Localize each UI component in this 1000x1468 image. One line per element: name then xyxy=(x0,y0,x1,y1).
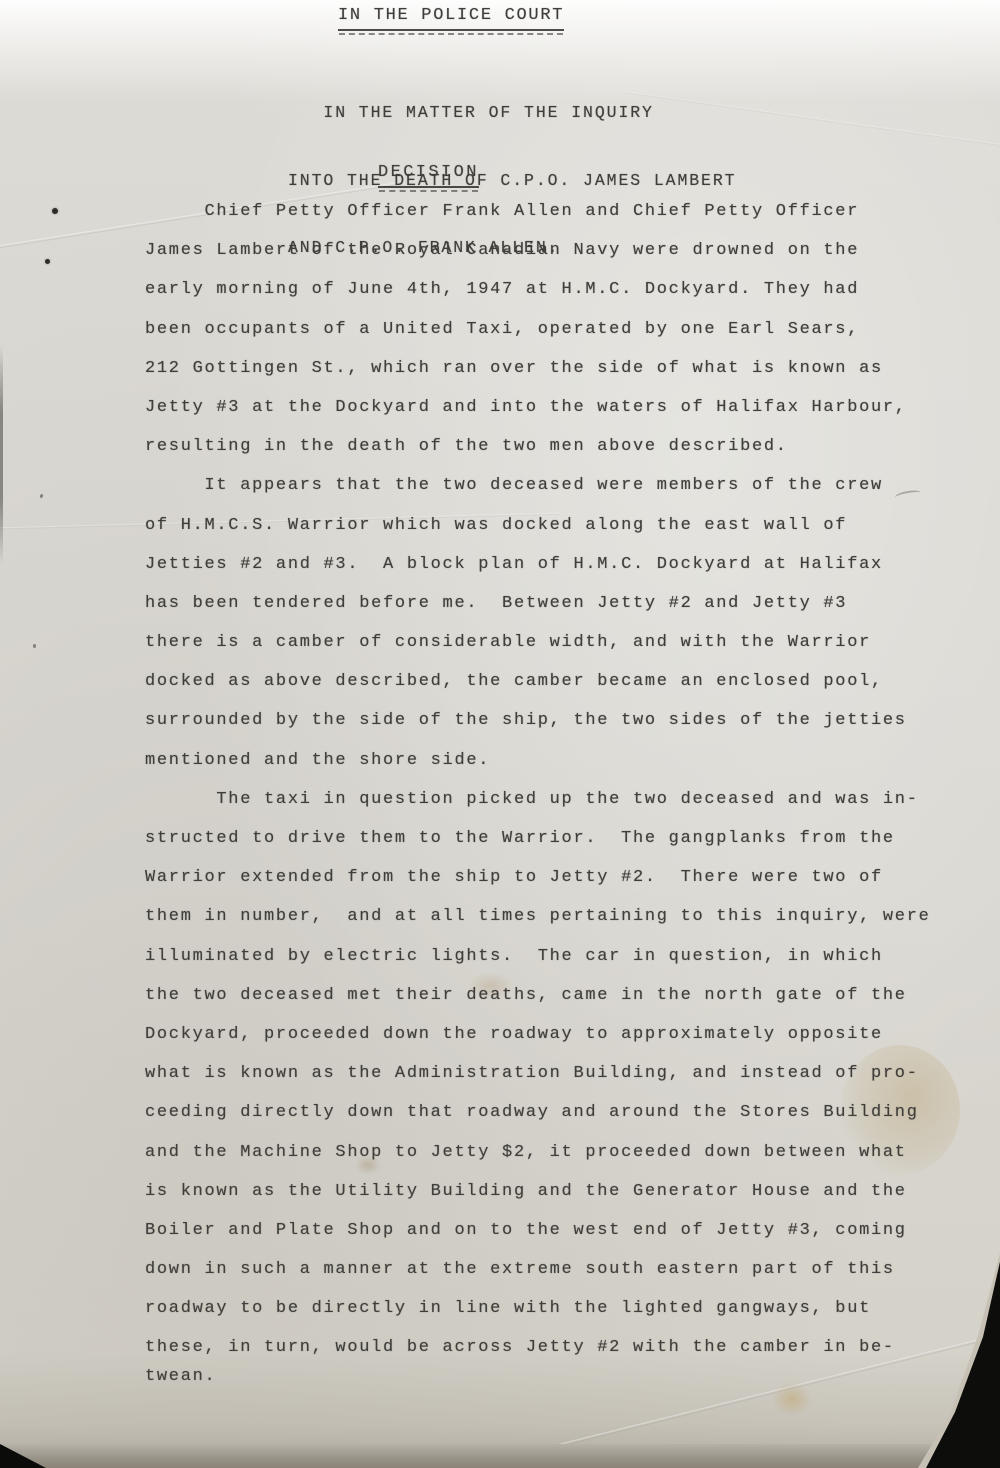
typed-line: Jetty #3 at the Dockyard and into the wa… xyxy=(145,388,931,427)
typed-line: has been tendered before me. Between Jet… xyxy=(145,584,931,623)
decision-heading: DECISION xyxy=(378,163,479,188)
ink-speck xyxy=(39,494,43,499)
typed-line: Jetties #2 and #3. A block plan of H.M.C… xyxy=(145,545,931,584)
typed-line: what is known as the Administration Buil… xyxy=(145,1054,931,1093)
typed-line: Dockyard, proceeded down the roadway to … xyxy=(145,1015,931,1054)
typed-line: surrounded by the side of the ship, the … xyxy=(145,701,931,740)
paper-sheet: IN THE POLICE COURT IN THE MATTER OF THE… xyxy=(0,0,1000,1468)
typed-line: roadway to be directly in line with the … xyxy=(145,1289,931,1328)
matter-line: IN THE MATTER OF THE INQUIRY xyxy=(288,102,736,125)
typed-line: them in number, and at all times pertain… xyxy=(145,897,931,936)
typed-line: illuminated by electric lights. The car … xyxy=(145,937,931,976)
pin-hole xyxy=(52,208,58,214)
typed-line: mentioned and the shore side. xyxy=(145,741,931,780)
decision-heading-text: DECISION xyxy=(378,163,479,188)
typed-line: down in such a manner at the extreme sou… xyxy=(145,1250,931,1289)
typed-line: there is a camber of considerable width,… xyxy=(145,623,931,662)
scan-edge-shadow xyxy=(0,345,3,565)
typed-line: structed to drive them to the Warrior. T… xyxy=(145,819,931,858)
typed-line: Warrior extended from the ship to Jetty … xyxy=(145,858,931,897)
typed-line: 212 Gottingen St., which ran over the si… xyxy=(145,349,931,388)
typed-line: is known as the Utility Building and the… xyxy=(145,1172,931,1211)
typed-line: Chief Petty Officer Frank Allen and Chie… xyxy=(145,192,931,231)
typed-line: The taxi in question picked up the two d… xyxy=(145,780,931,819)
matter-line: INTO THE DEATH OF C.P.O. JAMES LAMBERT xyxy=(288,170,736,193)
typed-line: James Lambert of the Royal Canadian Navy… xyxy=(145,231,931,270)
typed-line: twean. xyxy=(145,1368,931,1398)
scan-bottom-band xyxy=(0,1444,1000,1468)
typed-line: docked as above described, the camber be… xyxy=(145,662,931,701)
typed-line: ceeding directly down that roadway and a… xyxy=(145,1093,931,1132)
court-heading: IN THE POLICE COURT xyxy=(338,6,564,31)
typed-line: Boiler and Plate Shop and on to the west… xyxy=(145,1211,931,1250)
pin-hole xyxy=(45,259,50,264)
typed-line: the two deceased met their deaths, came … xyxy=(145,976,931,1015)
typed-line: early morning of June 4th, 1947 at H.M.C… xyxy=(145,270,931,309)
typed-line: of H.M.C.S. Warrior which was docked alo… xyxy=(145,506,931,545)
typed-line: resulting in the death of the two men ab… xyxy=(145,427,931,466)
ink-speck xyxy=(33,644,36,648)
scanned-document: IN THE POLICE COURT IN THE MATTER OF THE… xyxy=(0,0,1000,1468)
court-heading-text: IN THE POLICE COURT xyxy=(338,6,564,31)
body-lines: Chief Petty Officer Frank Allen and Chie… xyxy=(145,192,931,1398)
typed-line: It appears that the two deceased were me… xyxy=(145,466,931,505)
typed-line: been occupants of a United Taxi, operate… xyxy=(145,310,931,349)
typed-line: these, in turn, would be across Jetty #2… xyxy=(145,1328,931,1367)
typed-line: and the Machine Shop to Jetty $2, it pro… xyxy=(145,1133,931,1172)
